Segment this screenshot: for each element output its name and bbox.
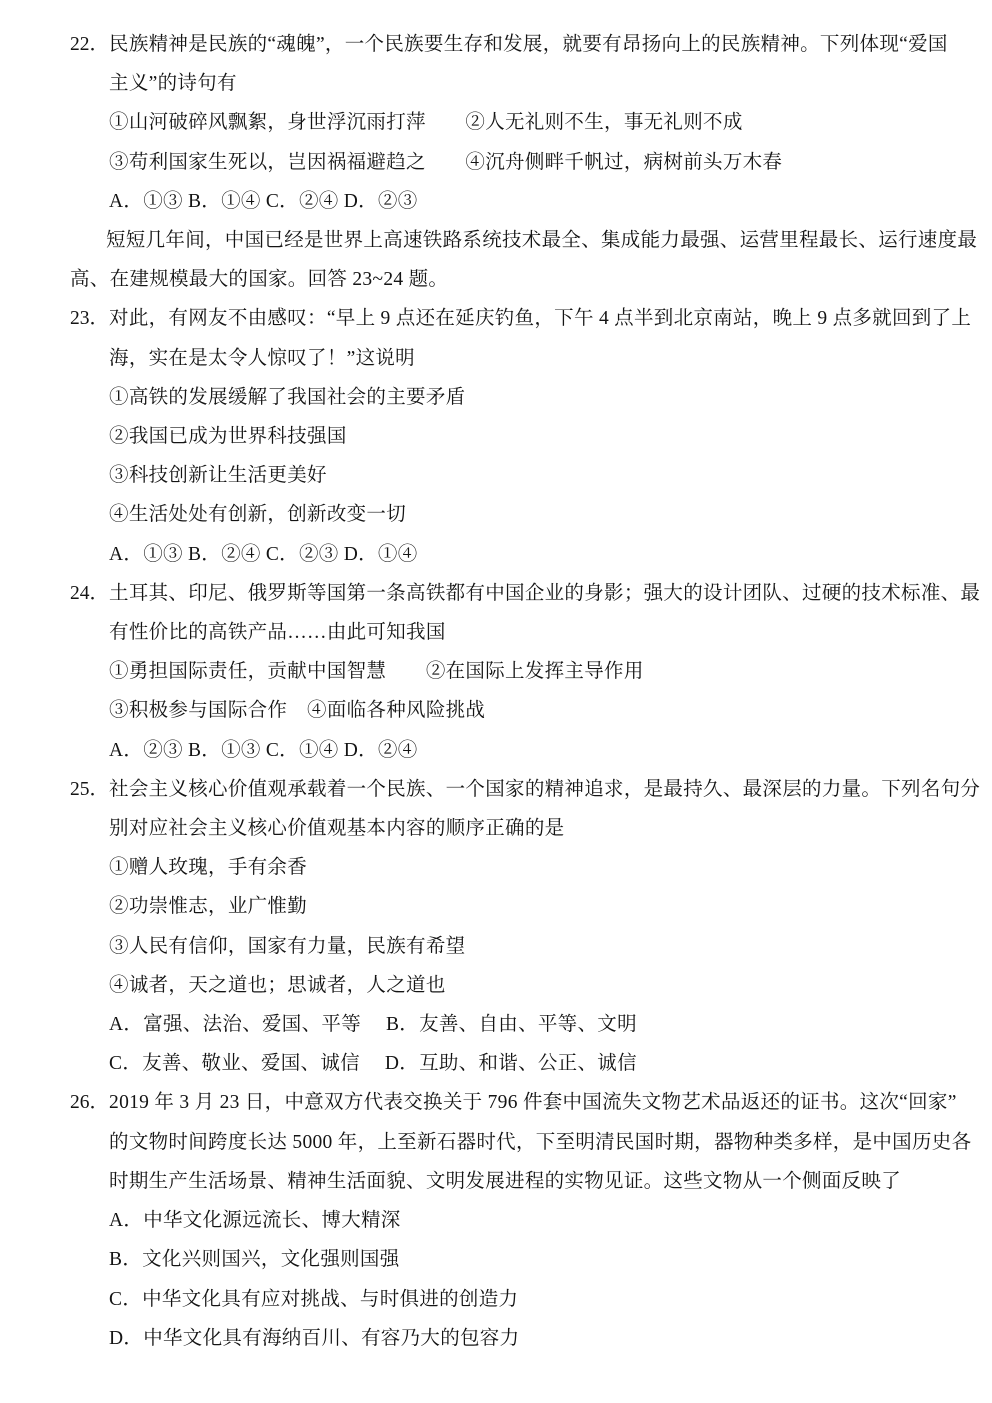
question-22-body: 民族精神是民族的“魂魄”，一个民族要生存和发展，就要有昂扬向上的民族精神。下列体… — [109, 25, 936, 221]
question-26-stem-line-3: 时期生产生活场景、精神生活面貌、文明发展进程的实物见证。这些文物从一个侧面反映了 — [109, 1162, 936, 1201]
question-22-items-line-2: ③苟利国家生死以，岂因祸福避趋之 ④沉舟侧畔千帆过，病树前头万木春 — [109, 143, 936, 182]
question-26-stem-line-1: 2019 年 3 月 23 日，中意双方代表交换关于 796 件套中国流失文物艺… — [109, 1083, 936, 1122]
question-24-items-line-1: ①勇担国际责任，贡献中国智慧 ②在国际上发挥主导作用 — [109, 652, 936, 691]
question-23-stem-line-2: 海，实在是太令人惊叹了！”这说明 — [109, 339, 936, 378]
question-23: 23． 对此，有网友不由感叹：“早上 9 点还在延庆钓鱼，下午 4 点半到北京南… — [70, 299, 936, 573]
question-23-answer-choices: A．①③ B．②④ C．②③ D．①④ — [109, 535, 936, 574]
question-25-item-1: ①赠人玫瑰，手有余香 — [109, 848, 936, 887]
question-26-option-c: C．中华文化具有应对挑战、与时俱进的创造力 — [109, 1280, 936, 1319]
question-24-items-line-2: ③积极参与国际合作 ④面临各种风险挑战 — [109, 691, 936, 730]
question-24-stem-line-1: 土耳其、印尼、俄罗斯等国第一条高铁都有中国企业的身影；强大的设计团队、过硬的技术… — [109, 574, 936, 613]
question-22-number: 22． — [70, 25, 109, 64]
question-26-body: 2019 年 3 月 23 日，中意双方代表交换关于 796 件套中国流失文物艺… — [109, 1083, 936, 1357]
question-24: 24． 土耳其、印尼、俄罗斯等国第一条高铁都有中国企业的身影；强大的设计团队、过… — [70, 574, 936, 770]
intro-paragraph-23-24: 短短几年间，中国已经是世界上高速铁路系统技术最全、集成能力最强、运营里程最长、运… — [70, 221, 936, 299]
question-23-body: 对此，有网友不由感叹：“早上 9 点还在延庆钓鱼，下午 4 点半到北京南站，晚上… — [109, 299, 936, 573]
question-26-option-a: A．中华文化源远流长、博大精深 — [109, 1201, 936, 1240]
question-23-stem-line-1: 对此，有网友不由感叹：“早上 9 点还在延庆钓鱼，下午 4 点半到北京南站，晚上… — [109, 299, 936, 338]
question-22-stem-line-2: 主义”的诗句有 — [109, 64, 936, 103]
question-25-stem-line-1: 社会主义核心价值观承载着一个民族、一个国家的精神追求，是最持久、最深层的力量。下… — [109, 770, 936, 809]
question-24-number: 24． — [70, 574, 109, 613]
question-23-item-3: ③科技创新让生活更美好 — [109, 456, 936, 495]
question-25-item-2: ②功崇惟志，业广惟勤 — [109, 887, 936, 926]
question-26-stem-line-2: 的文物时间跨度长达 5000 年，上至新石器时代，下至明清民国时期，器物种类多样… — [109, 1123, 936, 1162]
question-23-item-1: ①高铁的发展缓解了我国社会的主要矛盾 — [109, 378, 936, 417]
question-23-item-4: ④生活处处有创新，创新改变一切 — [109, 495, 936, 534]
exam-page: 22． 民族精神是民族的“魂魄”，一个民族要生存和发展，就要有昂扬向上的民族精神… — [0, 0, 992, 1403]
question-25-number: 25． — [70, 770, 109, 809]
question-22-answer-choices: A．①③ B．①④ C．②④ D．②③ — [109, 182, 936, 221]
question-25-item-4: ④诚者，天之道也；思诚者，人之道也 — [109, 966, 936, 1005]
question-22-stem-line-1: 民族精神是民族的“魂魄”，一个民族要生存和发展，就要有昂扬向上的民族精神。下列体… — [109, 25, 936, 64]
question-25-answer-choices-cd: C．友善、敬业、爱国、诚信 D．互助、和谐、公正、诚信 — [109, 1044, 936, 1083]
question-24-answer-choices: A．②③ B．①③ C．①④ D．②④ — [109, 731, 936, 770]
question-25: 25． 社会主义核心价值观承载着一个民族、一个国家的精神追求，是最持久、最深层的… — [70, 770, 936, 1084]
question-25-stem-line-2: 别对应社会主义核心价值观基本内容的顺序正确的是 — [109, 809, 936, 848]
question-23-item-2: ②我国已成为世界科技强国 — [109, 417, 936, 456]
question-26: 26． 2019 年 3 月 23 日，中意双方代表交换关于 796 件套中国流… — [70, 1083, 936, 1357]
intro-line-2: 高、在建规模最大的国家。回答 23~24 题。 — [70, 260, 936, 299]
question-26-option-b: B．文化兴则国兴，文化强则国强 — [109, 1240, 936, 1279]
question-25-item-3: ③人民有信仰，国家有力量，民族有希望 — [109, 927, 936, 966]
question-22: 22． 民族精神是民族的“魂魄”，一个民族要生存和发展，就要有昂扬向上的民族精神… — [70, 25, 936, 221]
question-23-number: 23． — [70, 299, 109, 338]
question-24-body: 土耳其、印尼、俄罗斯等国第一条高铁都有中国企业的身影；强大的设计团队、过硬的技术… — [109, 574, 936, 770]
question-25-body: 社会主义核心价值观承载着一个民族、一个国家的精神追求，是最持久、最深层的力量。下… — [109, 770, 936, 1084]
question-26-number: 26． — [70, 1083, 109, 1122]
question-24-stem-line-2: 有性价比的高铁产品……由此可知我国 — [109, 613, 936, 652]
question-25-answer-choices-ab: A．富强、法治、爱国、平等 B．友善、自由、平等、文明 — [109, 1005, 936, 1044]
question-26-option-d: D．中华文化具有海纳百川、有容乃大的包容力 — [109, 1319, 936, 1358]
intro-line-1: 短短几年间，中国已经是世界上高速铁路系统技术最全、集成能力最强、运营里程最长、运… — [70, 221, 936, 260]
question-22-items-line-1: ①山河破碎风飘絮，身世浮沉雨打萍 ②人无礼则不生，事无礼则不成 — [109, 103, 936, 142]
